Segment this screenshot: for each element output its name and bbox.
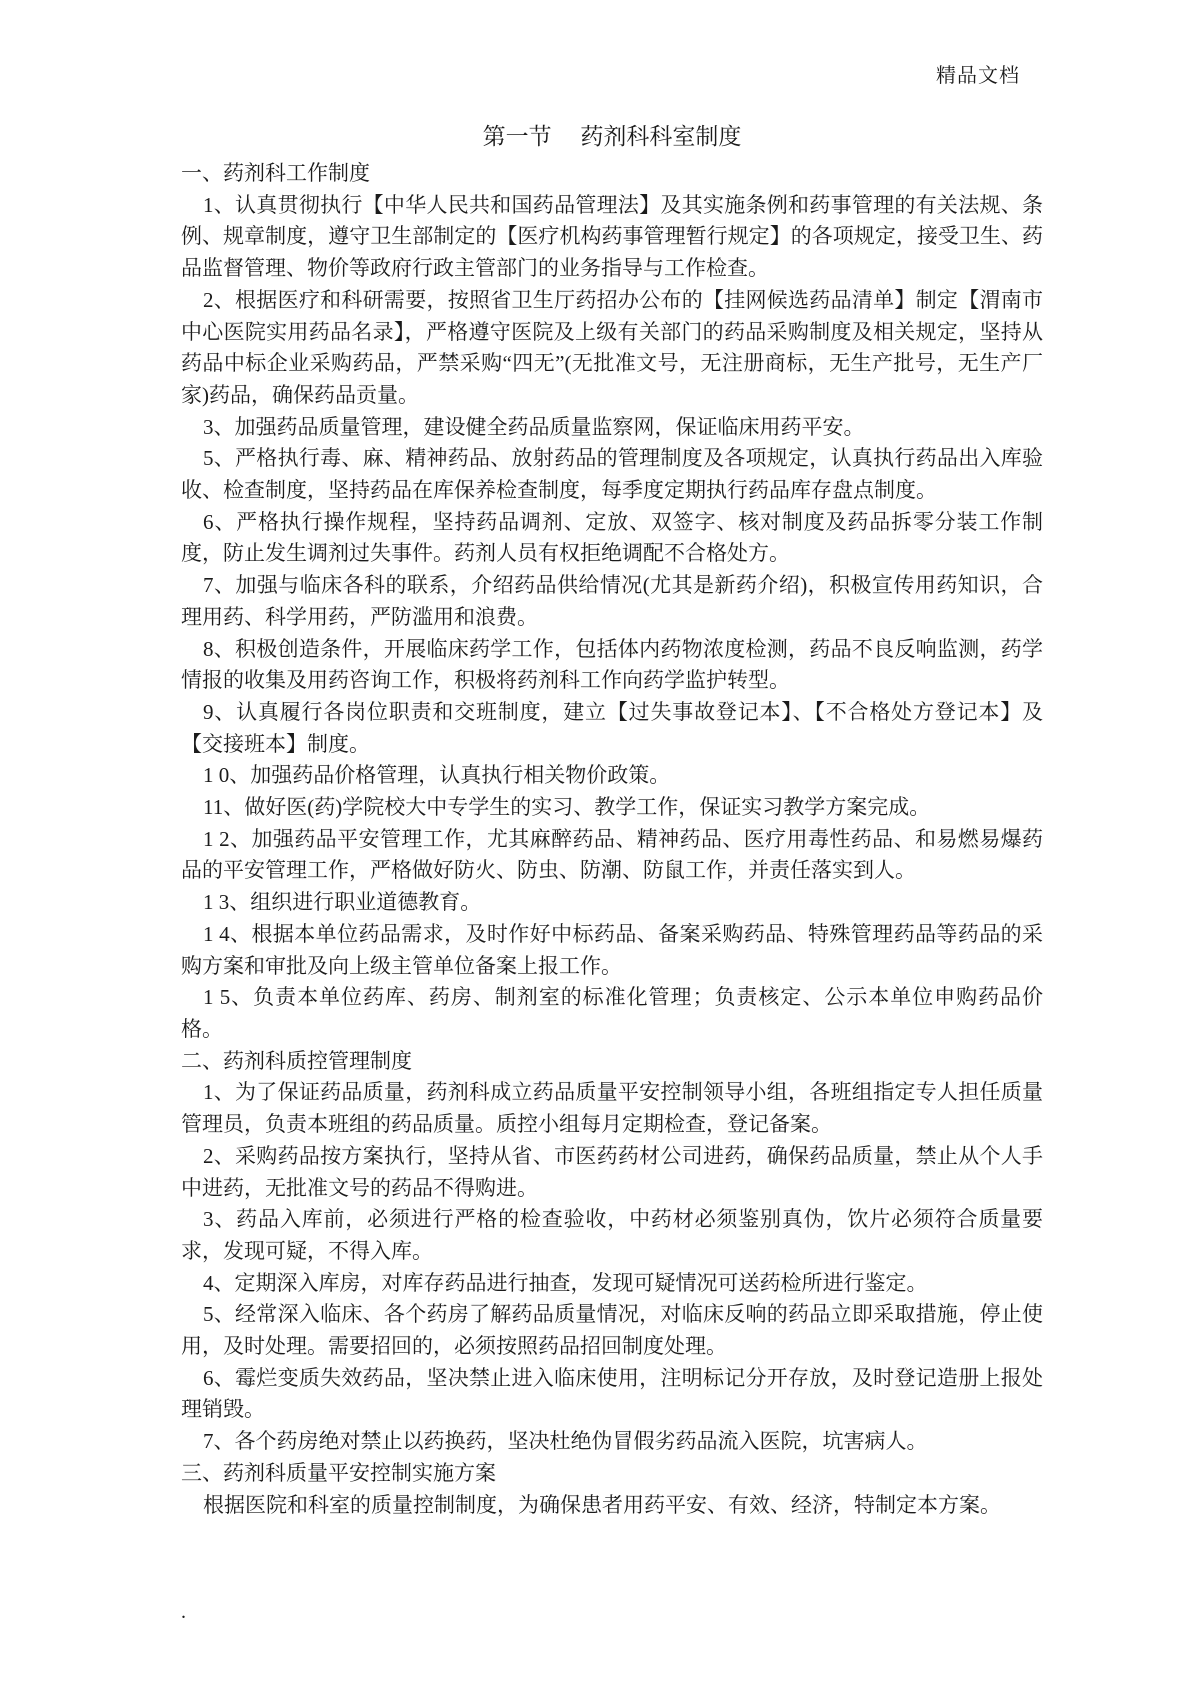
page-title: 第一节 药剂科科室制度 [181, 120, 1043, 154]
paragraph: 1 4、根据本单位药品需求，及时作好中标药品、备案采购药品、特殊管理药品等药品的… [181, 919, 1043, 982]
section-heading: 一、药剂科工作制度 [181, 158, 1043, 190]
paragraph: 6、霉烂变质失效药品，坚决禁止进入临床使用，注明标记分开存放，及时登记造册上报处… [181, 1363, 1043, 1426]
paragraph: 8、积极创造条件，开展临床药学工作，包括体内药物浓度检测，药品不良反响监测，药学… [181, 634, 1043, 697]
paragraph: 1、认真贯彻执行【中华人民共和国药品管理法】及其实施条例和药事管理的有关法规、条… [181, 190, 1043, 285]
paragraph: 4、定期深入库房，对库存药品进行抽查，发现可疑情况可送药检所进行鉴定。 [181, 1268, 1043, 1300]
paragraph: 1 2、加强药品平安管理工作，尤其麻醉药品、精神药品、医疗用毒性药品、和易燃易爆… [181, 824, 1043, 887]
paragraph: 3、加强药品质量管理，建设健全药品质量监察网，保证临床用药平安。 [181, 412, 1043, 444]
paragraph: 根据医院和科室的质量控制制度，为确保患者用药平安、有效、经济，特制定本方案。 [181, 1490, 1043, 1522]
paragraph: 1 3、组织进行职业道德教育。 [181, 887, 1043, 919]
paragraph: 2、根据医疗和科研需要，按照省卫生厅药招办公布的【挂网候选药品清单】制定【渭南市… [181, 285, 1043, 412]
document-page: { "header": { "watermark": "精品文档" }, "ti… [0, 0, 1189, 1682]
section-heading: 二、药剂科质控管理制度 [181, 1046, 1043, 1078]
paragraph: 11、做好医(药)学院校大中专学生的实习、教学工作，保证实习教学方案完成。 [181, 792, 1043, 824]
paragraph: 7、加强与临床各科的联系，介绍药品供给情况(尤其是新药介绍)，积极宣传用药知识，… [181, 570, 1043, 633]
section-safety-control-plan: 三、药剂科质量平安控制实施方案 根据医院和科室的质量控制制度，为确保患者用药平安… [181, 1458, 1043, 1521]
paragraph: 2、采购药品按方案执行，坚持从省、市医药药材公司进药，确保药品质量，禁止从个人手… [181, 1141, 1043, 1204]
paragraph: 5、经常深入临床、各个药房了解药品质量情况，对临床反响的药品立即采取措施，停止使… [181, 1299, 1043, 1362]
paragraph: 1、为了保证药品质量，药剂科成立药品质量平安控制领导小组，各班组指定专人担任质量… [181, 1077, 1043, 1140]
paragraph: 3、药品入库前，必须进行严格的检查验收，中药材必须鉴别真伪，饮片必须符合质量要求… [181, 1204, 1043, 1267]
paragraph: 1 5、负责本单位药库、药房、制剂室的标准化管理；负责核定、公示本单位申购药品价… [181, 982, 1043, 1045]
paragraph: 6、严格执行操作规程，坚持药品调剂、定放、双签字、核对制度及药品拆零分装工作制度… [181, 507, 1043, 570]
document-body: 第一节 药剂科科室制度 一、药剂科工作制度 1、认真贯彻执行【中华人民共和国药品… [181, 120, 1043, 1521]
paragraph: 7、各个药房绝对禁止以药换药，坚决杜绝伪冒假劣药品流入医院，坑害病人。 [181, 1426, 1043, 1458]
section-quality-control-rules: 二、药剂科质控管理制度 1、为了保证药品质量，药剂科成立药品质量平安控制领导小组… [181, 1046, 1043, 1458]
paragraph: 5、严格执行毒、麻、精神药品、放射药品的管理制度及各项规定，认真执行药品出入库验… [181, 443, 1043, 506]
section-heading: 三、药剂科质量平安控制实施方案 [181, 1458, 1043, 1490]
paragraph: 9、认真履行各岗位职责和交班制度，建立【过失事故登记本】、【不合格处方登记本】及… [181, 697, 1043, 760]
section-work-rules: 一、药剂科工作制度 1、认真贯彻执行【中华人民共和国药品管理法】及其实施条例和药… [181, 158, 1043, 1046]
footer-mark: . [181, 1600, 186, 1624]
watermark-label: 精品文档 [936, 64, 1020, 88]
paragraph: 1 0、加强药品价格管理，认真执行相关物价政策。 [181, 760, 1043, 792]
